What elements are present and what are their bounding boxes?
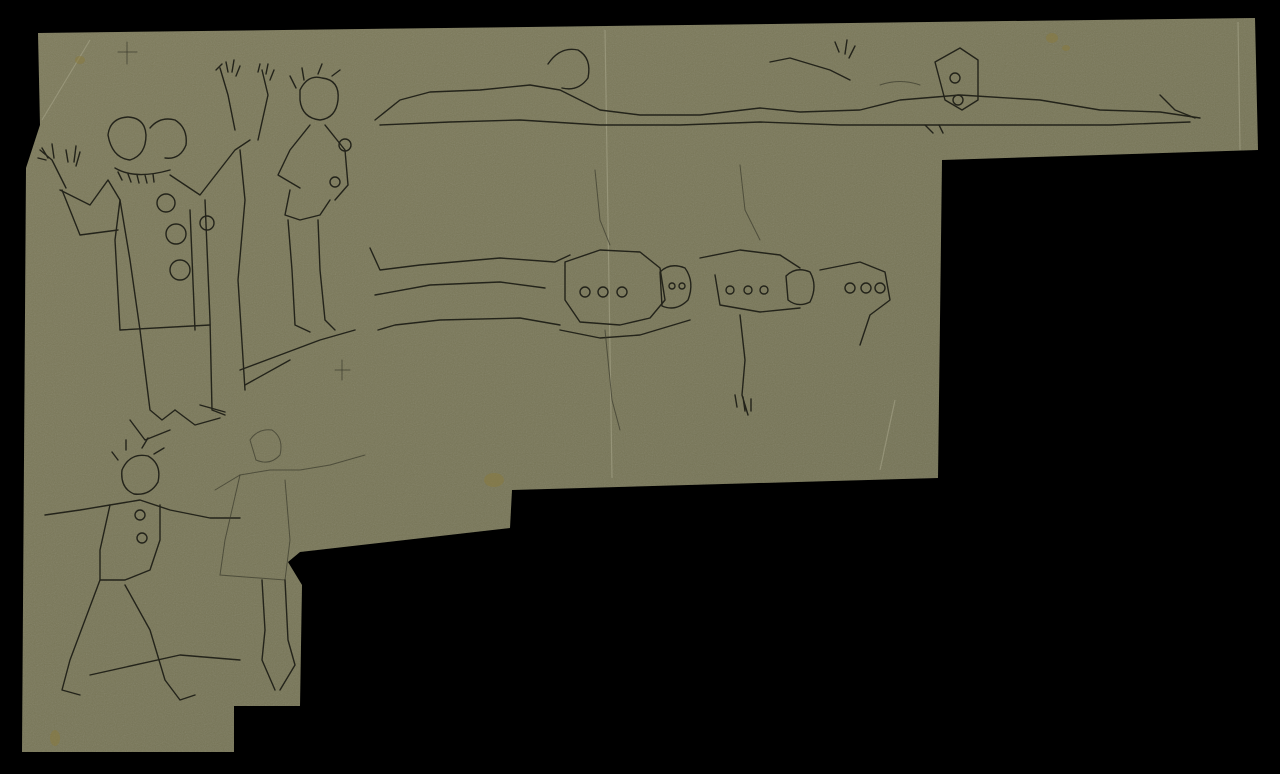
paper-texture [0,0,1280,774]
paper-stain [484,473,504,487]
paper-stain [50,730,60,746]
artwork-canvas [0,0,1280,774]
paper-stain [1046,33,1058,43]
paper-stain [1062,45,1070,51]
sketch-svg [0,0,1280,774]
paper-stain [75,56,85,64]
